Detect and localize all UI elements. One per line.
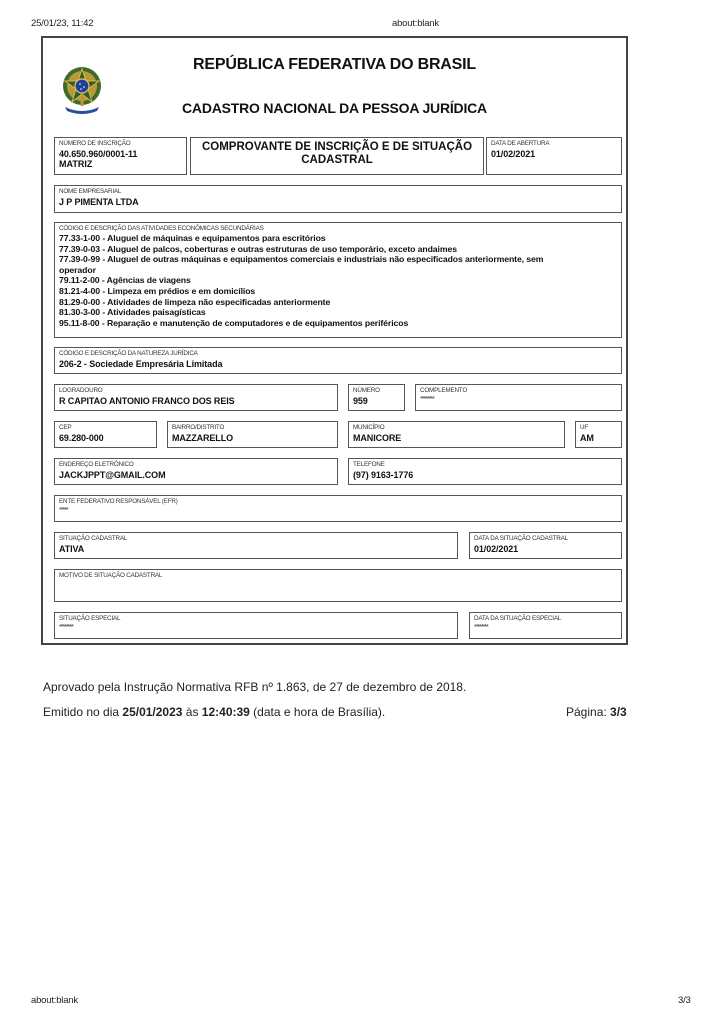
field-value-cnpj: 40.650.960/0001-11 [59, 149, 137, 159]
atividade-line: 77.33-1-00 - Aluguel de máquinas e equip… [59, 233, 617, 244]
field-abertura: DATA DE ABERTURA 01/02/2021 [486, 137, 622, 175]
field-inscricao: NÚMERO DE INSCRIÇÃO 40.650.960/0001-11 M… [54, 137, 187, 175]
field-label: MUNICÍPIO [353, 424, 384, 431]
field-efr: ENTE FEDERATIVO RESPONSÁVEL (EFR) ***** [54, 495, 622, 522]
field-label: UF [580, 424, 588, 431]
field-value: R CAPITAO ANTONIO FRANCO DOS REIS [59, 396, 235, 406]
field-value: 206-2 - Sociedade Empresária Limitada [59, 359, 222, 369]
field-value: 959 [353, 396, 368, 406]
field-label: DATA DA SITUAÇÃO CADASTRAL [474, 535, 568, 542]
atividade-line: 77.39-0-03 - Aluguel de palcos, cobertur… [59, 244, 617, 255]
field-complemento: COMPLEMENTO ******** [415, 384, 622, 411]
field-value: MANICORE [353, 433, 401, 443]
title-cadastro: CADASTRO NACIONAL DA PESSOA JURÍDICA [43, 100, 626, 116]
field-numero: NÚMERO 959 [348, 384, 405, 411]
aprovado-text: Aprovado pela Instrução Normativa RFB nº… [43, 680, 466, 694]
field-data-situacao: DATA DA SITUAÇÃO CADASTRAL 01/02/2021 [469, 532, 622, 559]
field-value: 01/02/2021 [491, 149, 535, 159]
emitido-prefix: Emitido no dia [43, 705, 122, 719]
pagina-indicator: Página: 3/3 [566, 705, 627, 719]
field-value: JACKJPPT@GMAIL.COM [59, 470, 165, 480]
atividade-line: 77.39-0-99 - Aluguel de outras máquinas … [59, 254, 617, 265]
cnpj-document: REPÚBLICA FEDERATIVA DO BRASIL CADASTRO … [41, 36, 628, 645]
field-label: ENTE FEDERATIVO RESPONSÁVEL (EFR) [59, 498, 178, 505]
field-atividades-secundarias: CÓDIGO E DESCRIÇÃO DAS ATIVIDADES ECONÔM… [54, 222, 622, 338]
comprovante-title-box: COMPROVANTE DE INSCRIÇÃO E DE SITUAÇÃO C… [190, 137, 484, 175]
field-uf: UF AM [575, 421, 622, 448]
field-municipio: MUNICÍPIO MANICORE [348, 421, 565, 448]
field-label: CÓDIGO E DESCRIÇÃO DA NATUREZA JURÍDICA [59, 350, 198, 357]
field-telefone: TELEFONE (97) 9163-1776 [348, 458, 622, 485]
field-natureza-juridica: CÓDIGO E DESCRIÇÃO DA NATUREZA JURÍDICA … [54, 347, 622, 374]
title-republica: REPÚBLICA FEDERATIVA DO BRASIL [43, 56, 626, 74]
field-label: NOME EMPRESARIAL [59, 188, 121, 195]
print-page-number: 3/3 [678, 995, 691, 1006]
field-value: ******** [59, 624, 73, 631]
emitido-suffix: (data e hora de Brasília). [250, 705, 385, 719]
field-label: DATA DE ABERTURA [491, 140, 549, 147]
field-situacao-especial: SITUAÇÃO ESPECIAL ******** [54, 612, 458, 639]
field-label: ENDEREÇO ELETRÔNICO [59, 461, 134, 468]
atividade-line: 81.29-0-00 - Atividades de limpeza não e… [59, 297, 617, 308]
field-label: TELEFONE [353, 461, 385, 468]
field-value: MAZZARELLO [172, 433, 233, 443]
field-value: ******** [420, 396, 434, 403]
field-motivo-situacao: MOTIVO DE SITUAÇÃO CADASTRAL [54, 569, 622, 602]
field-label: COMPLEMENTO [420, 387, 467, 394]
emitido-date: 25/01/2023 [122, 705, 182, 719]
comprovante-title-line1: COMPROVANTE DE INSCRIÇÃO E DE SITUAÇÃO [191, 141, 483, 154]
atividade-line: 79.11-2-00 - Agências de viagens [59, 275, 617, 286]
field-situacao-cadastral: SITUAÇÃO CADASTRAL ATIVA [54, 532, 458, 559]
field-value-tipo: MATRIZ [59, 159, 92, 169]
atividade-line: 81.30-3-00 - Atividades paisagísticas [59, 307, 617, 318]
emitido-mid: às [182, 705, 201, 719]
field-email: ENDEREÇO ELETRÔNICO JACKJPPT@GMAIL.COM [54, 458, 338, 485]
field-value: ATIVA [59, 544, 84, 554]
field-label: BAIRRO/DISTRITO [172, 424, 224, 431]
field-value: ******** [474, 624, 488, 631]
emitido-time: 12:40:39 [202, 705, 250, 719]
field-value: AM [580, 433, 594, 443]
emitido-text: Emitido no dia 25/01/2023 às 12:40:39 (d… [43, 705, 385, 719]
print-url: about:blank [31, 995, 78, 1006]
field-nome-empresarial: NOME EMPRESARIAL J P PIMENTA LTDA [54, 185, 622, 213]
atividade-line: 81.21-4-00 - Limpeza em prédios e em dom… [59, 286, 617, 297]
field-label: DATA DA SITUAÇÃO ESPECIAL [474, 615, 561, 622]
field-value: J P PIMENTA LTDA [59, 197, 139, 207]
comprovante-title-line2: CADASTRAL [191, 154, 483, 167]
field-value: 01/02/2021 [474, 544, 518, 554]
pagina-value: 3/3 [610, 705, 627, 719]
field-value: 69.280-000 [59, 433, 104, 443]
pagina-label: Página: [566, 705, 610, 719]
field-value: ***** [59, 507, 68, 514]
field-cep: CEP 69.280-000 [54, 421, 157, 448]
field-value: (97) 9163-1776 [353, 470, 413, 480]
field-label: NÚMERO [353, 387, 380, 394]
field-logradouro: LOGRADOURO R CAPITAO ANTONIO FRANCO DOS … [54, 384, 338, 411]
field-label: SITUAÇÃO ESPECIAL [59, 615, 120, 622]
field-label: LOGRADOURO [59, 387, 102, 394]
atividade-line: 95.11-8-00 - Reparação e manutenção de c… [59, 318, 617, 329]
comprovante-title: COMPROVANTE DE INSCRIÇÃO E DE SITUAÇÃO C… [191, 141, 483, 167]
field-label: NÚMERO DE INSCRIÇÃO [59, 140, 130, 147]
print-datetime: 25/01/23, 11:42 [31, 18, 93, 29]
field-data-situacao-especial: DATA DA SITUAÇÃO ESPECIAL ******** [469, 612, 622, 639]
field-label: MOTIVO DE SITUAÇÃO CADASTRAL [59, 572, 162, 579]
field-bairro: BAIRRO/DISTRITO MAZZARELLO [167, 421, 338, 448]
field-label: CÓDIGO E DESCRIÇÃO DAS ATIVIDADES ECONÔM… [59, 225, 264, 232]
field-label: CEP [59, 424, 71, 431]
print-page-title: about:blank [392, 18, 439, 29]
atividades-list: 77.33-1-00 - Aluguel de máquinas e equip… [59, 233, 617, 328]
field-label: SITUAÇÃO CADASTRAL [59, 535, 127, 542]
atividade-line: operador [59, 265, 617, 276]
